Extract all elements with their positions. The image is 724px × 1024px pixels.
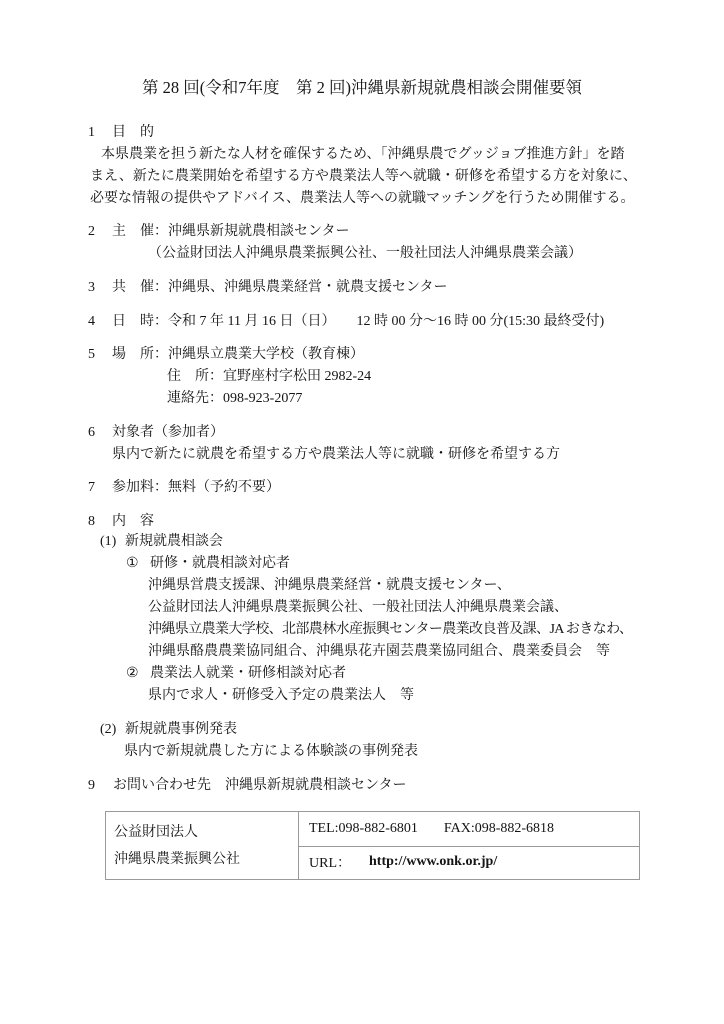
section-8-heading: 内 容 bbox=[112, 511, 154, 533]
contact-table: 公益財団法人 沖縄県農業振興公社 TEL:098-882-6801 FAX:09… bbox=[105, 811, 640, 880]
section-6-text: 対象者（参加者） bbox=[112, 422, 224, 444]
section-4-text: 日 時：令和 7 年 11 月 16 日（日） 12 時 00 分～16 時 0… bbox=[112, 311, 604, 333]
section-4-number: 4 bbox=[88, 311, 95, 333]
section-2-number: 2 bbox=[88, 221, 95, 243]
tel-fax-cell: TEL:098-882-6801 FAX:098-882-6818 bbox=[299, 812, 639, 847]
section-8-number: 8 bbox=[88, 511, 95, 533]
section-8-circle1-text: 研修・就農相談対応者 bbox=[150, 553, 290, 575]
corporation-staff-line: 県内で求人・研修受入予定の農業法人 等 bbox=[148, 685, 414, 707]
section-1-heading: 目 的 bbox=[112, 122, 154, 144]
section-9-text: お問い合わせ先 沖縄県新規就農相談センター bbox=[113, 775, 406, 797]
section-8-sub2-body: 県内で新規就農した方による体験談の事例発表 bbox=[124, 741, 418, 763]
url-cell: URL： http://www.onk.or.jp/ bbox=[299, 845, 639, 879]
section-3-text: 共 催：沖縄県、沖縄県農業経営・就農支援センター bbox=[112, 277, 447, 299]
section-8-sub1-text: 新規就農相談会 bbox=[125, 531, 223, 553]
section-3-number: 3 bbox=[88, 277, 95, 299]
page-title: 第 28 回(令和7年度 第 2 回)沖縄県新規就農相談会開催要領 bbox=[0, 76, 724, 100]
consultation-staff-line-2: 公益財団法人沖縄県農業振興公社、一般社団法人沖縄県農業会議、 bbox=[148, 597, 568, 619]
section-6-body: 県内で新たに就農を希望する方や農業法人等に就職・研修を希望する方 bbox=[112, 444, 560, 466]
section-5-text: 場 所：沖縄県立農業大学校（教育棟） bbox=[112, 344, 364, 366]
document-page: 第 28 回(令和7年度 第 2 回)沖縄県新規就農相談会開催要領 1 目 的 … bbox=[0, 0, 724, 1024]
section-8-sub2-text: 新規就農事例発表 bbox=[125, 719, 237, 741]
consultation-staff-line-4: 沖縄県酪農農業協同組合、沖縄県花卉園芸農業協同組合、農業委員会 等 bbox=[148, 641, 610, 663]
purpose-line-2: まえ、新たに農業開始を希望する方や農業法人等へ就職・研修を希望する方を対象に、 bbox=[90, 166, 637, 188]
consultation-staff-line-1: 沖縄県営農支援課、沖縄県農業経営・就農支援センター、 bbox=[148, 575, 511, 597]
fax-number: FAX:098-882-6818 bbox=[444, 821, 554, 837]
section-1-number: 1 bbox=[88, 122, 95, 144]
url-label: URL： bbox=[309, 852, 351, 872]
organization-name-line-1: 公益財団法人 bbox=[114, 819, 298, 846]
section-5-address: 住 所：宜野座村字松田 2982-24 bbox=[167, 366, 371, 388]
section-2-subtext: （公益財団法人沖縄県農業振興公社、一般社団法人沖縄県農業会議） bbox=[148, 243, 582, 265]
section-8-sub2-number: (2) bbox=[100, 719, 116, 741]
section-5-phone: 連絡先：098-923-2077 bbox=[167, 388, 302, 410]
section-7-number: 7 bbox=[88, 477, 95, 499]
organization-cell: 公益財団法人 沖縄県農業振興公社 bbox=[106, 812, 299, 879]
tel-number: TEL:098-882-6801 bbox=[309, 821, 418, 837]
url-value: http://www.onk.or.jp/ bbox=[369, 854, 497, 870]
section-8-circle2-number: ② bbox=[126, 663, 139, 685]
section-8-circle1-number: ① bbox=[126, 553, 139, 575]
purpose-line-3: 必要な情報の提供やアドバイス、農業法人等への就職マッチングを行うため開催する。 bbox=[90, 188, 634, 210]
section-8-circle2-text: 農業法人就業・研修相談対応者 bbox=[150, 663, 346, 685]
purpose-line-1: 本県農業を担う新たな人材を確保するため、「沖縄県農でグッジョブ推進方針」を踏 bbox=[101, 144, 624, 166]
organization-name-line-2: 沖縄県農業振興公社 bbox=[114, 846, 298, 873]
section-8-sub1-number: (1) bbox=[100, 531, 116, 553]
section-9-number: 9 bbox=[88, 775, 95, 797]
section-2-text: 主 催：沖縄県新規就農相談センター bbox=[112, 221, 349, 243]
section-6-number: 6 bbox=[88, 422, 95, 444]
section-5-number: 5 bbox=[88, 344, 95, 366]
section-7-text: 参加料：無料（予約不要） bbox=[112, 477, 280, 499]
consultation-staff-line-3: 沖縄県立農業大学校、北部農林水産振興センター農業改良普及課、JA おきなわ、 bbox=[148, 619, 632, 641]
